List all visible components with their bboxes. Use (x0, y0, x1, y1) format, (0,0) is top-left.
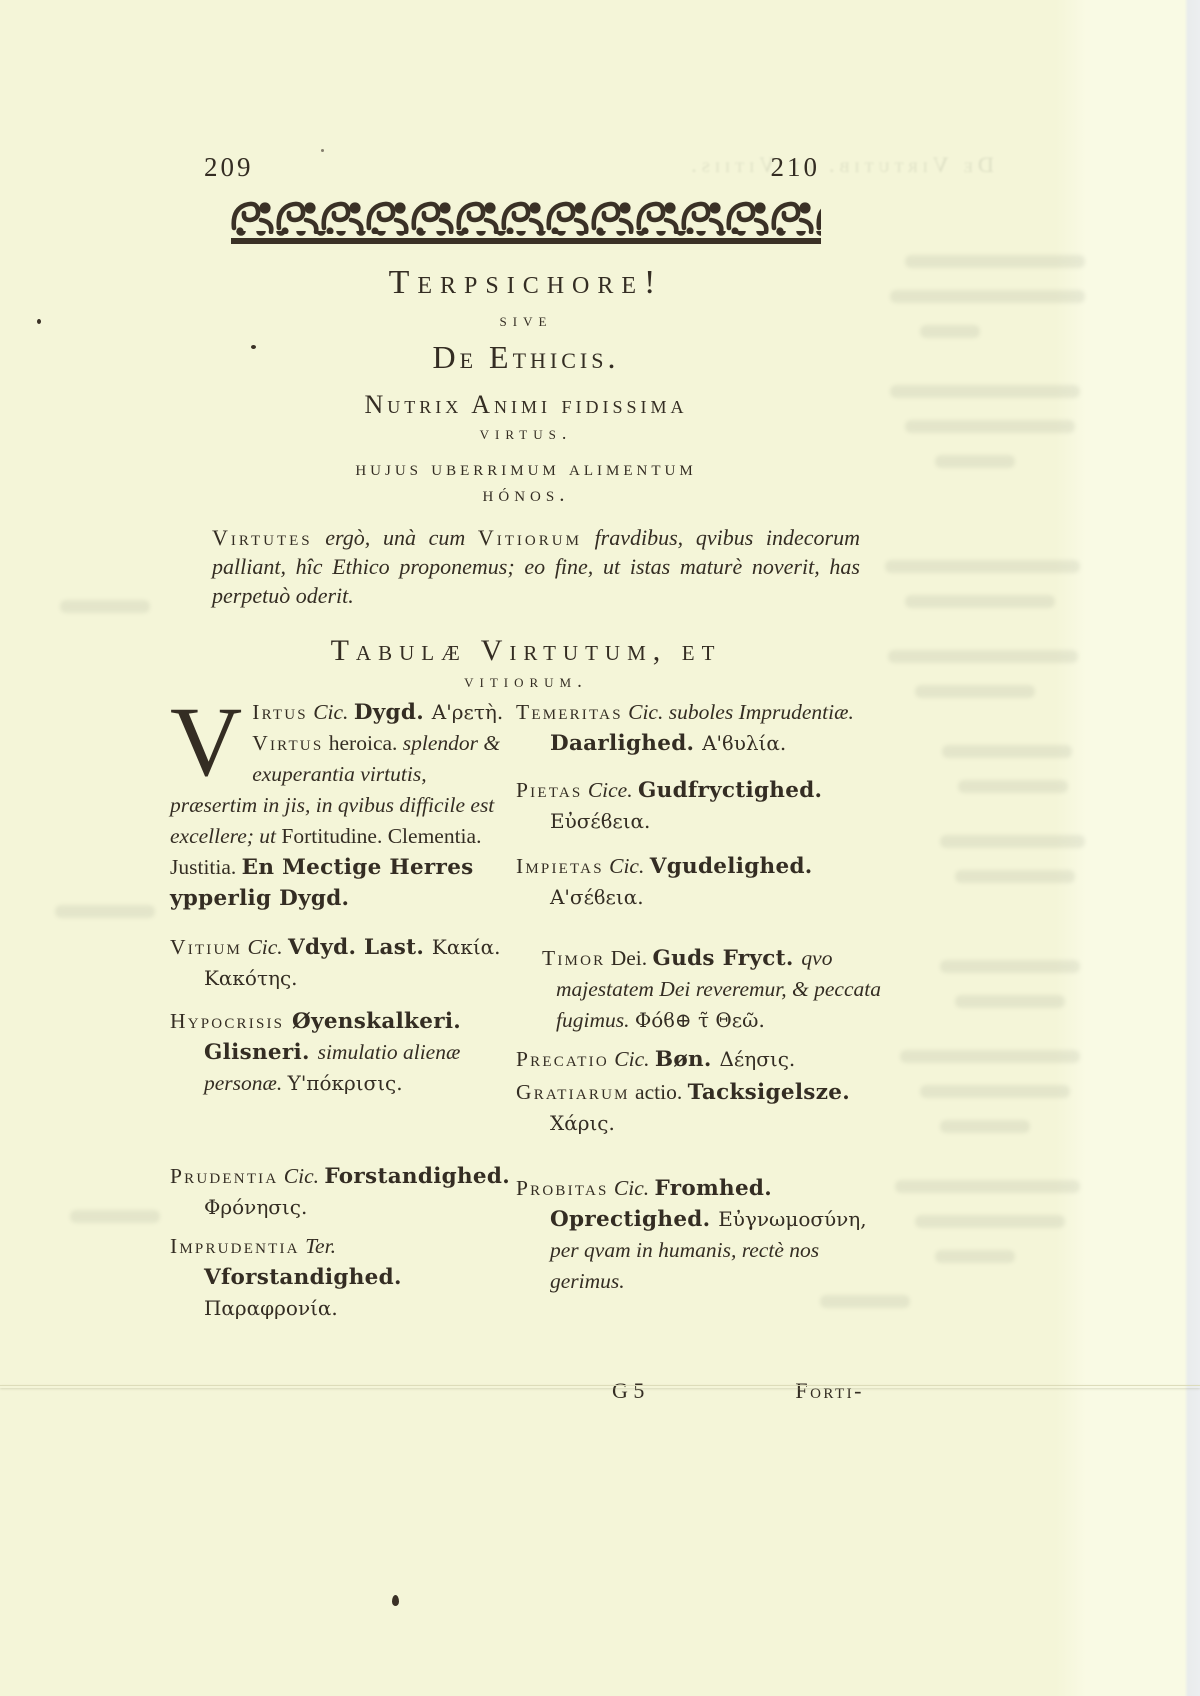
page-number-left: 209 (204, 152, 254, 183)
text-run-caps: Vitiorum (478, 525, 582, 550)
page-subtitle: De Ethicis. (170, 339, 882, 376)
text-run-fraktur: Forstandighed. (324, 1164, 510, 1189)
ink-speck (392, 1595, 399, 1606)
entry-hypocrisis: Hypocrisis Øyenskalkeri. Glisneri. simul… (170, 1006, 516, 1099)
ink-speck (37, 319, 41, 324)
entry-virtus: VIrtus Cic. Dygd. Α'ρετὴ. (170, 697, 516, 728)
entry-pietas: Pietas Cice. Gudfryctighed. Εὐσέϐεια. (516, 775, 882, 837)
text-run-caps: Hypocrisis (170, 1009, 284, 1033)
text-run-caps: Prudentia (170, 1164, 278, 1188)
catchword: Forti- (795, 1378, 864, 1404)
text-run-greek: Υ'πόκρισις. (288, 1071, 403, 1095)
page-content: 209 210 Terpsichore! sive De Ethicis. (170, 152, 882, 1324)
bleedthrough-line (940, 1120, 1030, 1133)
sive-connector: sive (170, 310, 882, 331)
drop-cap-V: V (170, 697, 252, 781)
bleedthrough-line (900, 1050, 1080, 1063)
text-run-greek: Α'ϐυλία. (702, 731, 786, 755)
text-run-caps: Irtus (252, 700, 308, 724)
text-run-roman: actio. (630, 1080, 688, 1104)
right-column: Temeritas Cic. suboles Imprudentiæ. Daar… (516, 697, 882, 1324)
bleedthrough-line (958, 780, 1068, 793)
text-run-italic: Cic. (609, 1176, 655, 1200)
text-run-caps: Virtutes (212, 525, 313, 550)
text-run-fraktur: Bøn. (655, 1047, 720, 1072)
text-run-fraktur: Gudfryctighed. (638, 778, 822, 803)
motto-line-3: hujus uberrimum alimentum (170, 456, 882, 481)
text-run-italic: Cic. (308, 700, 354, 724)
text-run-caps: Probitas (516, 1176, 609, 1200)
entry-temeritas: Temeritas Cic. suboles Imprudentiæ. Daar… (516, 697, 882, 759)
text-run-caps: Vitium (170, 935, 242, 959)
entry-probitas: Probitas Cic. Fromhed. Oprectighed. Εὐγν… (516, 1173, 882, 1297)
text-run-greek: Χάρις. (550, 1111, 615, 1135)
text-run-fraktur: Tacksigelsze. (688, 1080, 850, 1105)
text-run-fraktur: Daarlighed. (550, 731, 702, 756)
bleedthrough-line (890, 290, 1085, 303)
bleedthrough-line (920, 1085, 1070, 1098)
bleedthrough-line (60, 600, 150, 613)
entry-imprudentia: Imprudentia Ter. Vforstandighed. Παραφρο… (170, 1231, 516, 1324)
text-run-italic: Cic. (609, 1047, 655, 1071)
ink-speck (321, 149, 324, 152)
paper-crease (0, 1385, 1200, 1388)
bleedthrough-line (935, 455, 1015, 468)
bleedthrough-line (905, 255, 1085, 268)
text-run-caps: Imprudentia (170, 1234, 300, 1258)
text-run-greek: Εὐσέϐεια. (550, 809, 650, 833)
entry-timor-dei: Timor Dei. Guds Fryct. qvo majestatem De… (516, 943, 882, 1036)
left-column: VIrtus Cic. Dygd. Α'ρετὴ.Virtus heroica.… (170, 697, 516, 1324)
text-run-greek: Α'ρετὴ. (432, 700, 503, 724)
text-run-caps: Timor (542, 946, 605, 970)
bleedthrough-line (940, 835, 1085, 848)
text-run-fraktur: Dygd. (354, 700, 432, 725)
page-number-row: 209 210 (170, 152, 882, 190)
bleedthrough-line (888, 650, 1078, 663)
text-run-greek: Παραφρονία. (204, 1296, 338, 1320)
bleedthrough-line (920, 325, 980, 338)
text-run-italic: Cic. (278, 1164, 324, 1188)
text-run-greek: Δέησις. (720, 1047, 796, 1071)
bleedthrough-line (905, 595, 1055, 608)
page-title: Terpsichore! (170, 264, 882, 302)
bleedthrough-line (890, 385, 1080, 398)
text-run-italic: ergò, unà cum (313, 525, 478, 550)
intro-paragraph: Virtutes ergò, unà cum Vitiorum fravdibu… (212, 523, 860, 610)
text-run-roman: Dei. (605, 946, 652, 970)
motto-line-2: virtus. (170, 423, 882, 444)
signature-row: G 5 Forti- (612, 1378, 864, 1404)
bleedthrough-line (55, 905, 155, 918)
text-run-caps: Temeritas (516, 700, 623, 724)
text-run-greek: Φόϐ⊕ τ̃ Θεῶ. (635, 1008, 765, 1032)
text-run-fraktur: Vforstandighed. (204, 1265, 402, 1290)
text-run-fraktur: Vdyd. Last. (288, 935, 432, 960)
text-run-italic: Cic. (242, 935, 288, 959)
bleedthrough-line (940, 960, 1080, 973)
motto-line-1: Nutrix Animi fidissima (170, 390, 882, 420)
text-run-italic: Ter. (300, 1234, 336, 1258)
text-run-caps: Impietas (516, 854, 604, 878)
text-run-italic: Cic. suboles Imprudentiæ. (623, 700, 854, 724)
text-run-fraktur: Guds Fryct. (652, 946, 801, 971)
entry-gratiarum-actio: Gratiarum actio. Tacksigelsze. Χάρις. (516, 1077, 882, 1139)
bleedthrough-line (915, 1215, 1065, 1228)
bleedthrough-line (935, 1250, 1015, 1263)
text-run-greek: Φρόνησις. (204, 1195, 307, 1219)
text-run-caps: Precatio (516, 1047, 609, 1071)
signature-mark: G 5 (612, 1378, 644, 1404)
text-run-italic: per qvam in humanis, rectè nos gerimus. (550, 1238, 819, 1293)
entry-prudentia: Prudentia Cic. Forstandighed. Φρόνησις. (170, 1161, 516, 1223)
entry-impietas: Impietas Cic. Vgudelighed. Α'σέϐεια. (516, 851, 882, 913)
text-run-italic: Cice. (582, 778, 638, 802)
book-page-scan: De Virtutib. et Vitiis. 209 210 (0, 0, 1200, 1696)
ink-speck (251, 345, 256, 349)
entry-vitium: Vitium Cic. Vdyd. Last. Κακία. Κακότης. (170, 932, 516, 994)
bleedthrough-line (895, 1180, 1080, 1193)
two-column-table: VIrtus Cic. Dygd. Α'ρετὴ.Virtus heroica.… (170, 697, 882, 1324)
text-run-greek: Α'σέϐεια. (550, 885, 644, 909)
bleedthrough-line (955, 995, 1065, 1008)
bleedthrough-line (942, 745, 1072, 758)
bleedthrough-line (915, 685, 1035, 698)
text-run-roman: heroica. (323, 731, 402, 755)
text-run-caps: Pietas (516, 778, 582, 802)
text-run-greek: Εὐγνωμοσύνη, (718, 1207, 866, 1231)
text-run-fraktur: Vgudelighed. (650, 854, 813, 879)
page-number-right: 210 (771, 152, 821, 183)
motto-line-4: hónos. (170, 482, 882, 507)
bleedthrough-line (70, 1210, 160, 1223)
bleedthrough-line (955, 870, 1075, 883)
table-title: Tabulæ Virtutum, et (170, 634, 882, 668)
bleedthrough-line (905, 420, 1075, 433)
text-run-caps: Virtus (252, 731, 323, 755)
bleedthrough-line (885, 560, 1080, 573)
entry-precatio: Precatio Cic. Bøn. Δέησις. (516, 1044, 882, 1075)
text-run-italic: Cic. (604, 854, 650, 878)
table-title-line-2: vitiorum. (170, 671, 882, 693)
text-run-caps: Gratiarum (516, 1080, 630, 1104)
ornament-band (231, 198, 821, 244)
